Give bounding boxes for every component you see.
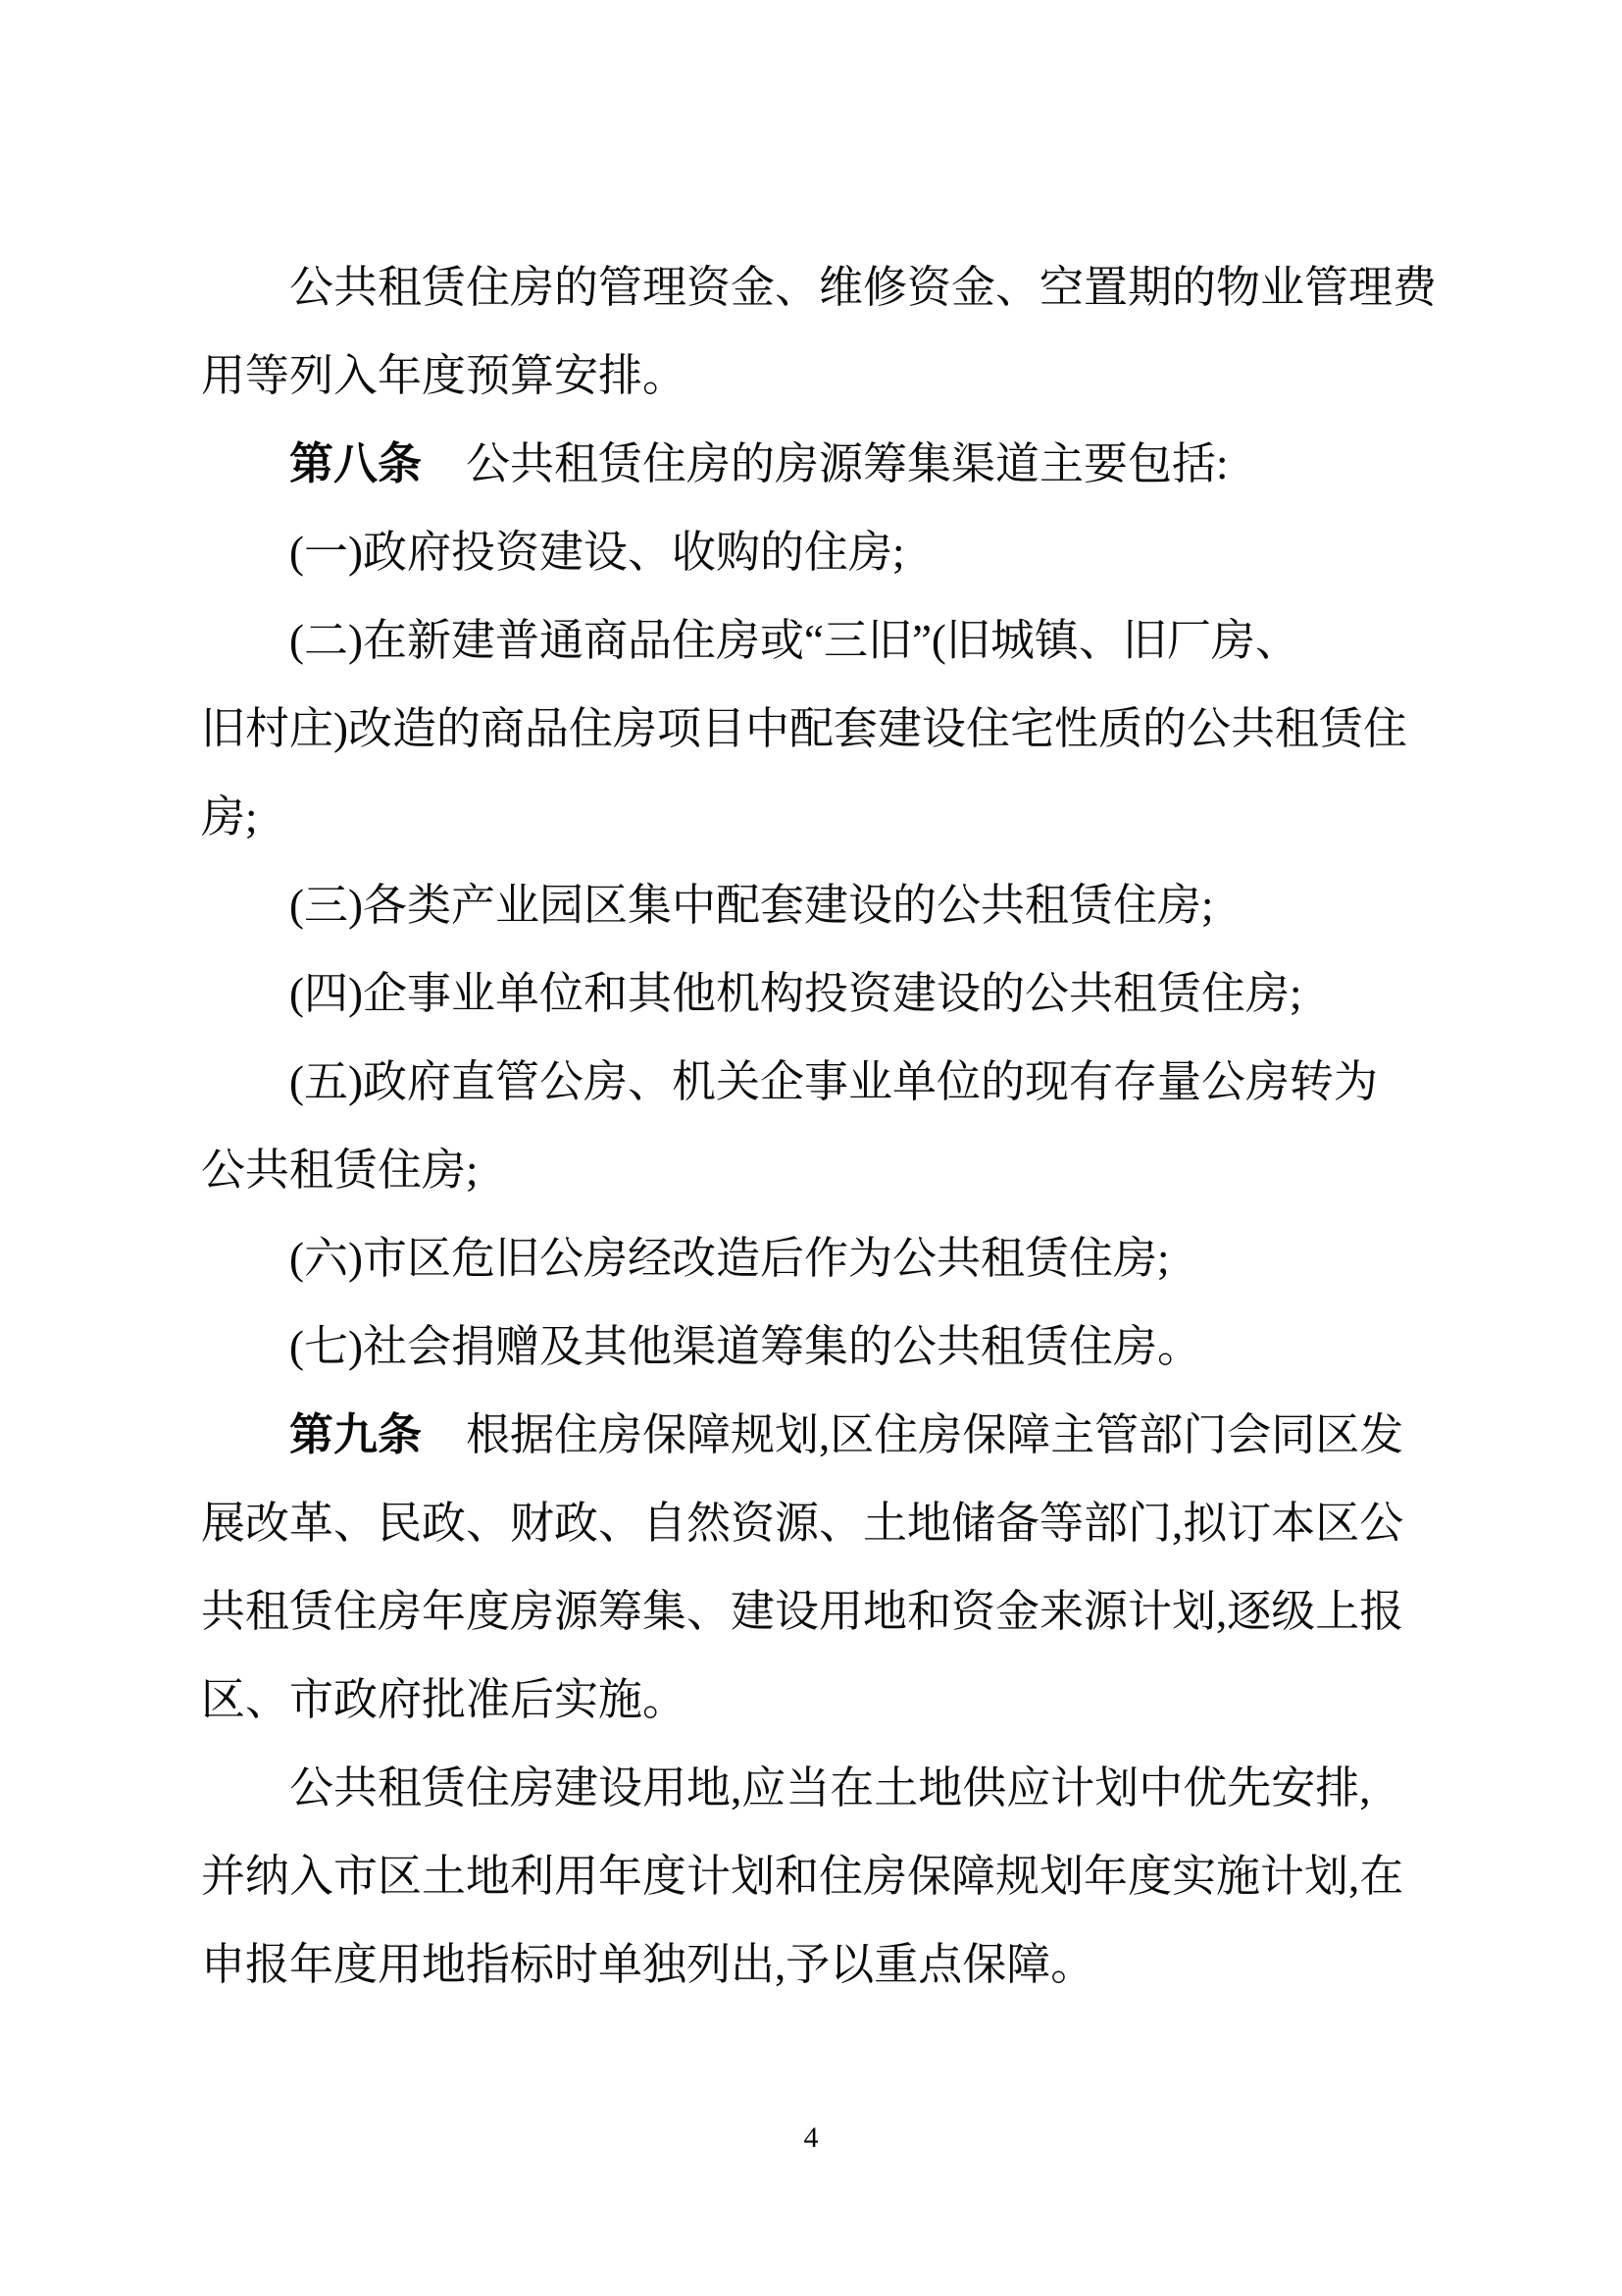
text-line: (六)市区危旧公房经改造后作为公共租赁住房; — [201, 1214, 1439, 1302]
text-line: (一)政府投资建设、收购的住房; — [201, 508, 1439, 596]
document-body: 公共租赁住房的管理资金、维修资金、空置期的物业管理费 用等列入年度预算安排。 第… — [201, 243, 1439, 2009]
line-text: 区、市政府批准后实施。 — [201, 1675, 686, 1724]
page-number: 4 — [0, 2118, 1622, 2158]
text-line: (三)各类产业园区集中配套建设的公共租赁住房; — [201, 861, 1439, 949]
text-line: (四)企事业单位和其他机构投资建设的公共租赁住房; — [201, 949, 1439, 1038]
line-text: (五)政府直管公房、机关企事业单位的现有存量公房转为 — [289, 1057, 1378, 1106]
text-line: 用等列入年度预算安排。 — [201, 332, 1439, 420]
text-line: 展改革、民政、财政、自然资源、土地储备等部门,拟订本区公 — [201, 1479, 1439, 1567]
text-line: 第九条 根据住房保障规划,区住房保障主管部门会同区发 — [201, 1391, 1439, 1479]
text-line: (五)政府直管公房、机关企事业单位的现有存量公房转为 — [201, 1038, 1439, 1126]
line-text: 公共租赁住房的管理资金、维修资金、空置期的物业管理费 — [289, 263, 1437, 312]
article-8-heading: 第八条 — [289, 438, 422, 488]
line-text: (一)政府投资建设、收购的住房; — [289, 528, 904, 577]
line-text: 展改革、民政、财政、自然资源、土地储备等部门,拟订本区公 — [201, 1499, 1403, 1548]
line-text: (七)社会捐赠及其他渠道筹集的公共租赁住房。 — [289, 1322, 1201, 1371]
line-text: (六)市区危旧公房经改造后作为公共租赁住房; — [289, 1234, 1169, 1283]
line-text: 房; — [201, 792, 258, 842]
text-line: 公共租赁住房的管理资金、维修资金、空置期的物业管理费 — [201, 243, 1439, 332]
line-text: 公共租赁住房的房源筹集渠道主要包括: — [422, 439, 1229, 488]
text-line: 公共租赁住房; — [201, 1126, 1439, 1214]
text-line: 旧村庄)改造的商品住房项目中配套建设住宅性质的公共租赁住 — [201, 685, 1439, 773]
text-line: 申报年度用地指标时单独列出,予以重点保障。 — [201, 1920, 1439, 2009]
line-text: (四)企事业单位和其他机构投资建设的公共租赁住房; — [289, 969, 1301, 1018]
line-text: 根据住房保障规划,区住房保障主管部门会同区发 — [422, 1410, 1403, 1459]
text-line: (七)社会捐赠及其他渠道筹集的公共租赁住房。 — [201, 1302, 1439, 1391]
text-line: 共租赁住房年度房源筹集、建设用地和资金来源计划,逐级上报 — [201, 1567, 1439, 1656]
line-text: 旧村庄)改造的商品住房项目中配套建设住宅性质的公共租赁住 — [201, 704, 1407, 753]
text-line: 公共租赁住房建设用地,应当在土地供应计划中优先安排, — [201, 1744, 1439, 1832]
line-text: 共租赁住房年度房源筹集、建设用地和资金来源计划,逐级上报 — [201, 1587, 1403, 1636]
document-page: 公共租赁住房的管理资金、维修资金、空置期的物业管理费 用等列入年度预算安排。 第… — [0, 0, 1622, 2296]
line-text: 并纳入市区土地利用年度计划和住房保障规划年度实施计划,在 — [201, 1852, 1403, 1901]
text-line: (二)在新建普通商品住房或“三旧”(旧城镇、旧厂房、 — [201, 596, 1439, 685]
article-9-heading: 第九条 — [289, 1409, 422, 1459]
line-text: 用等列入年度预算安排。 — [201, 351, 686, 400]
line-text: 申报年度用地指标时单独列出,予以重点保障。 — [201, 1940, 1094, 1989]
text-line: 并纳入市区土地利用年度计划和住房保障规划年度实施计划,在 — [201, 1832, 1439, 1920]
text-line: 第八条 公共租赁住房的房源筹集渠道主要包括: — [201, 420, 1439, 508]
line-text: (二)在新建普通商品住房或“三旧”(旧城镇、旧厂房、 — [289, 616, 1299, 665]
line-text: (三)各类产业园区集中配套建设的公共租赁住房; — [289, 881, 1213, 930]
text-line: 房; — [201, 773, 1439, 861]
line-text: 公共租赁住房; — [201, 1146, 479, 1195]
line-text: 公共租赁住房建设用地,应当在土地供应计划中优先安排, — [289, 1763, 1371, 1812]
text-line: 区、市政府批准后实施。 — [201, 1656, 1439, 1744]
